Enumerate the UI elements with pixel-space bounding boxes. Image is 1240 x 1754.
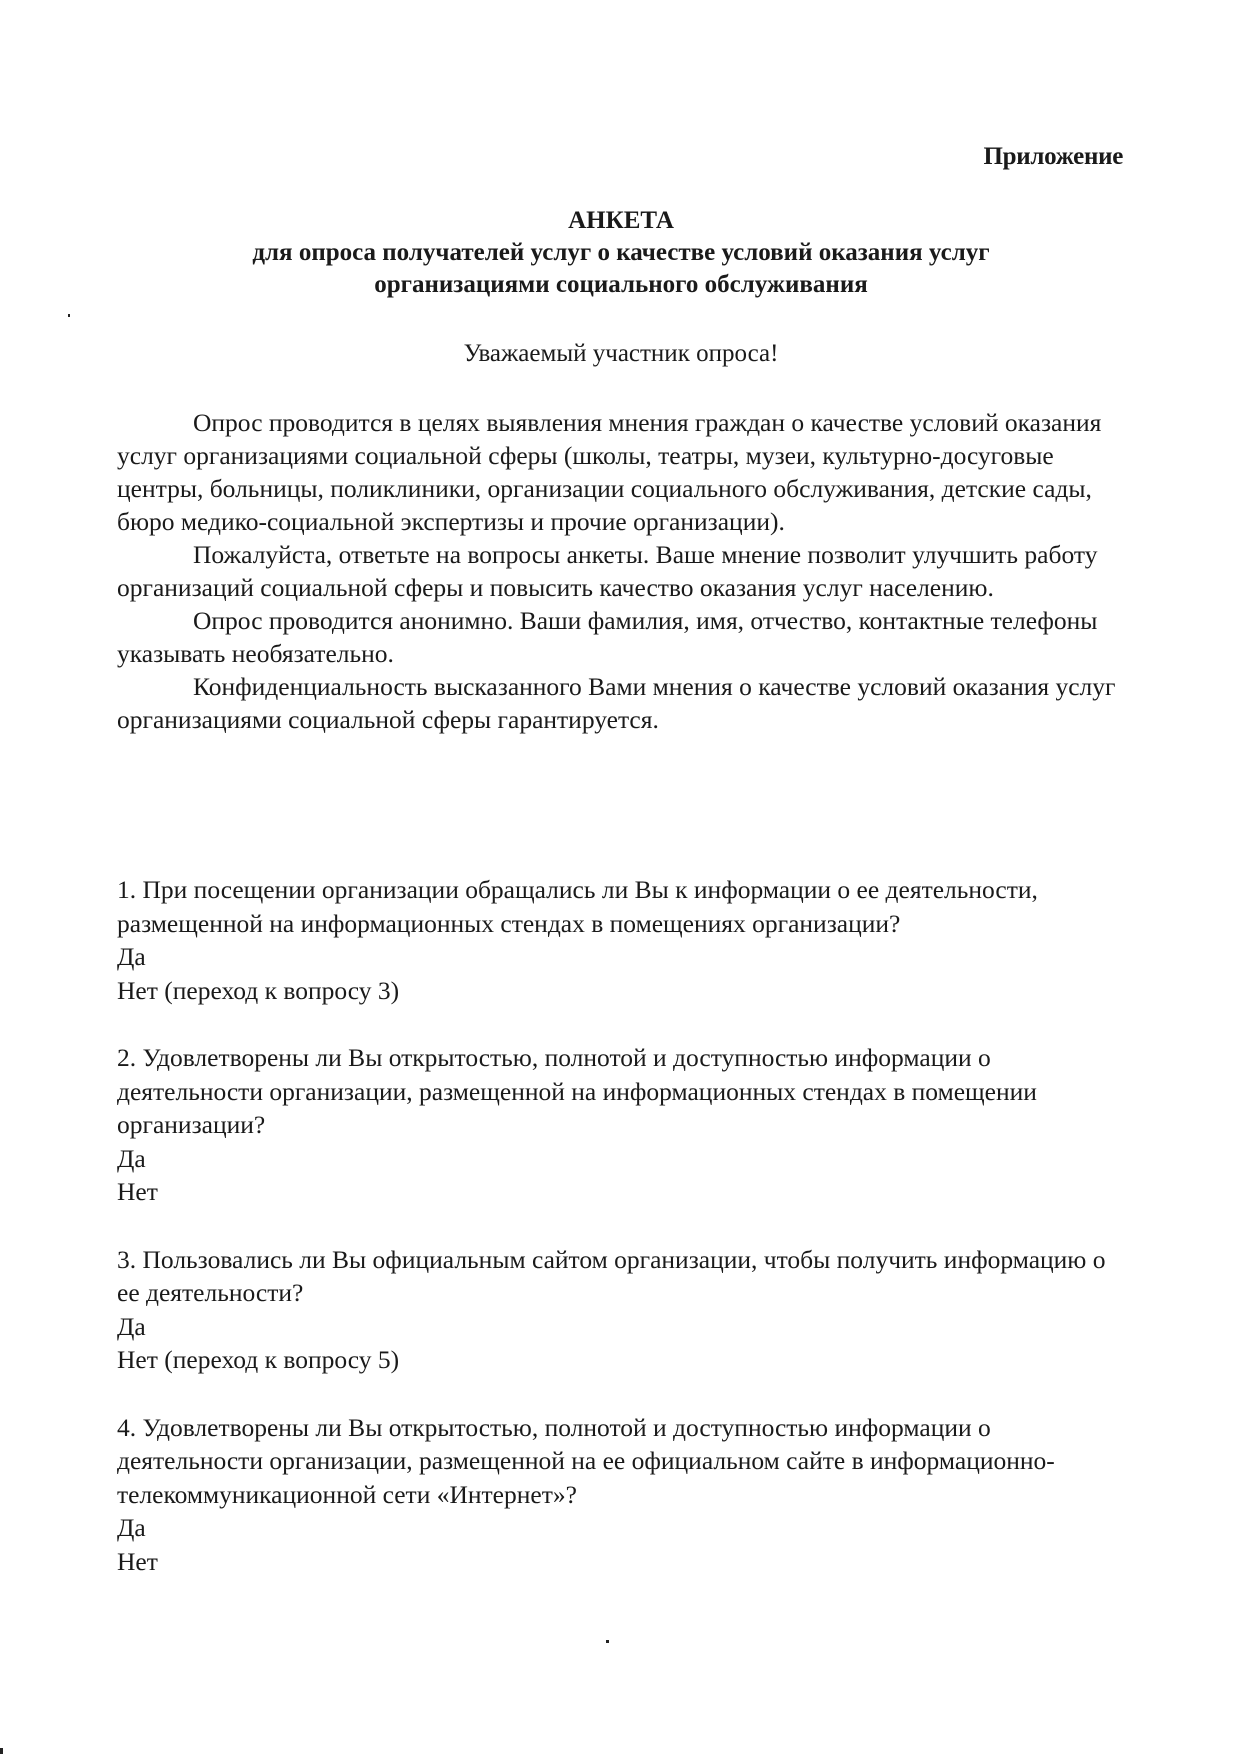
appendix-label: Приложение bbox=[984, 143, 1123, 171]
question-1: 1. При посещении организации обращались … bbox=[117, 873, 1127, 1007]
scan-speck bbox=[68, 314, 70, 317]
question-2: 2. Удовлетворены ли Вы открытостью, полн… bbox=[117, 1041, 1127, 1209]
answer-option-no[interactable]: Нет bbox=[117, 1175, 1127, 1209]
document-subtitle-line2: организациями социального обслуживания bbox=[117, 269, 1125, 301]
intro-text: Опрос проводится в целях выявления мнени… bbox=[117, 406, 1127, 736]
scan-speck bbox=[0, 1748, 3, 1754]
intro-paragraph: Опрос проводится анонимно. Ваши фамилия,… bbox=[117, 604, 1127, 670]
document-page: Приложение АНКЕТА для опроса получателей… bbox=[0, 0, 1240, 1754]
question-3: 3. Пользовались ли Вы официальным сайтом… bbox=[117, 1243, 1127, 1377]
answer-option-yes[interactable]: Да bbox=[117, 1310, 1127, 1344]
answer-option-yes[interactable]: Да bbox=[117, 940, 1127, 974]
document-subtitle-line1: для опроса получателей услуг о качестве … bbox=[117, 237, 1125, 269]
greeting: Уважаемый участник опроса! bbox=[117, 340, 1125, 368]
intro-paragraph: Пожалуйста, ответьте на вопросы анкеты. … bbox=[117, 538, 1127, 604]
title-block: АНКЕТА для опроса получателей услуг о ка… bbox=[117, 205, 1125, 301]
answer-option-no[interactable]: Нет bbox=[117, 1545, 1127, 1579]
document-title: АНКЕТА bbox=[117, 205, 1125, 237]
question-text: 4. Удовлетворены ли Вы открытостью, полн… bbox=[117, 1411, 1127, 1512]
question-text: 1. При посещении организации обращались … bbox=[117, 873, 1127, 940]
answer-option-no[interactable]: Нет (переход к вопросу 5) bbox=[117, 1343, 1127, 1377]
question-4: 4. Удовлетворены ли Вы открытостью, полн… bbox=[117, 1411, 1127, 1579]
answer-option-yes[interactable]: Да bbox=[117, 1142, 1127, 1176]
questions-list: 1. При посещении организации обращались … bbox=[117, 873, 1127, 1612]
intro-paragraph: Опрос проводится в целях выявления мнени… bbox=[117, 406, 1127, 538]
scan-speck bbox=[606, 1640, 609, 1643]
intro-paragraph: Конфиденциальность высказанного Вами мне… bbox=[117, 670, 1127, 736]
answer-option-no[interactable]: Нет (переход к вопросу 3) bbox=[117, 974, 1127, 1008]
answer-option-yes[interactable]: Да bbox=[117, 1511, 1127, 1545]
question-text: 3. Пользовались ли Вы официальным сайтом… bbox=[117, 1243, 1127, 1310]
question-text: 2. Удовлетворены ли Вы открытостью, полн… bbox=[117, 1041, 1127, 1142]
